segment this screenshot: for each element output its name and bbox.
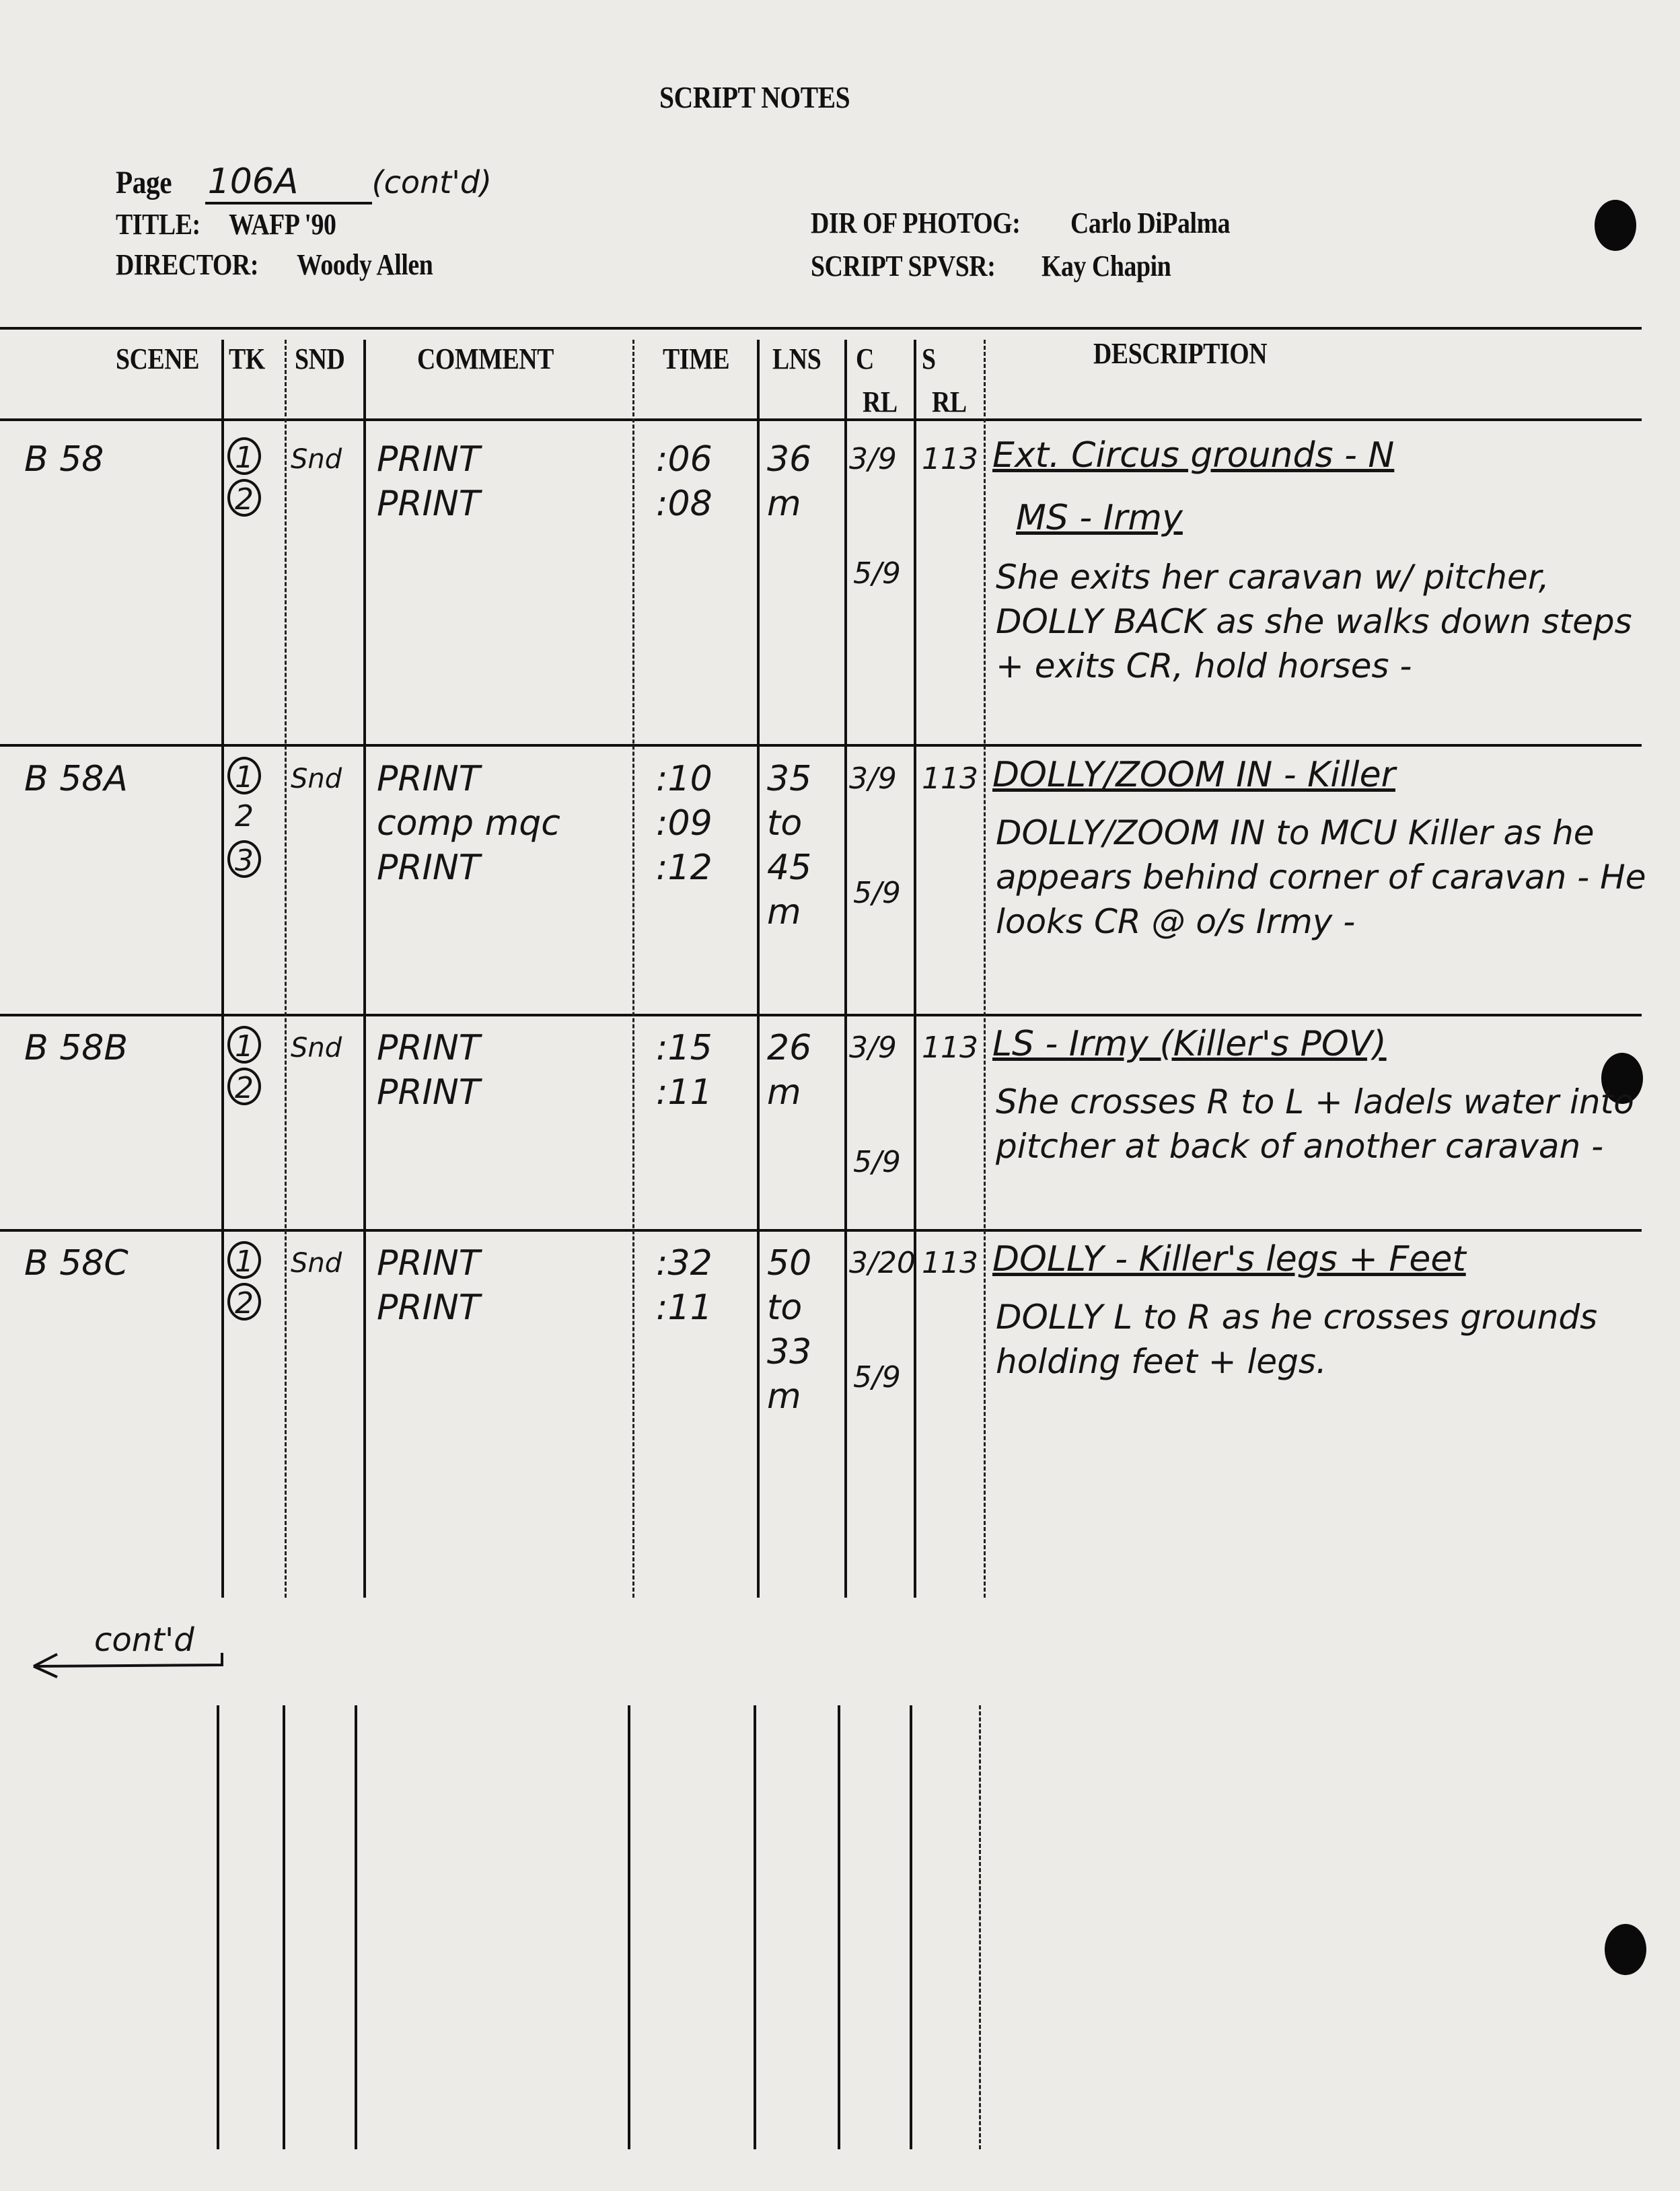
header-right: DIR OF PHOTOG: Carlo DiPalma SCRIPT SPVS… [811, 202, 1256, 288]
dp-label: DIR OF PHOTOG: [811, 202, 1020, 245]
page-suffix: (cont'd) [372, 164, 492, 200]
scene-number: B 58 [24, 437, 104, 482]
take-number-circled: 2 [227, 1283, 261, 1321]
column-rule [217, 1705, 219, 2149]
page-field: Page 106A(cont'd) [116, 161, 492, 205]
description-heading: LS - Irmy (Killer's POV) [992, 1020, 1387, 1068]
comment-list: PRINTPRINT [377, 1241, 480, 1330]
comment-list: PRINTPRINT [377, 437, 480, 526]
lens-value: m [767, 890, 811, 934]
take-comment: PRINT [377, 1026, 480, 1070]
sound-flag: Snd [291, 437, 342, 482]
column-rule [914, 340, 916, 1598]
take-number-circled: 1 [227, 1026, 261, 1064]
table-top-rule [0, 327, 1642, 330]
comment-list: PRINTcomp mqcPRINT [377, 757, 560, 890]
lens-value: m [767, 1070, 811, 1115]
camera-roll: 3/9 [849, 1026, 897, 1070]
description-text: She exits her caravan w/ pitcher, DOLLY … [996, 555, 1655, 688]
take-number-circled: 1 [227, 757, 261, 794]
take-time: :08 [656, 482, 713, 526]
take-comment: PRINT [377, 1070, 480, 1115]
header-left: Page 106A(cont'd) TITLE: WAFP '90 DIRECT… [116, 161, 492, 285]
take-comment: PRINT [377, 437, 480, 482]
time-list: :15:11 [656, 1026, 713, 1115]
column-rule [632, 340, 634, 1598]
take-time: :09 [656, 801, 713, 846]
time-list: :10:09:12 [656, 757, 713, 890]
take-number-circled: 1 [227, 1241, 261, 1279]
director-label: DIRECTOR: [116, 245, 258, 285]
dp-value: Carlo DiPalma [1070, 202, 1230, 245]
col-header-c: C [856, 342, 874, 376]
description-heading: DOLLY - Killer's legs + Feet [992, 1236, 1466, 1283]
row-divider [0, 1014, 1642, 1016]
column-rule [984, 340, 986, 1598]
dp-field: DIR OF PHOTOG: Carlo DiPalma [811, 202, 1256, 245]
camera-roll: 3/20 [849, 1241, 916, 1286]
column-rule [757, 340, 760, 1598]
col-header-description: DESCRIPTION [1093, 336, 1267, 371]
column-rule [910, 1705, 912, 2149]
col-header-scene: SCENE [116, 342, 199, 376]
title-field: TITLE: WAFP '90 [116, 205, 492, 245]
lens-value: 36 [767, 437, 811, 482]
col-header-snd: SND [295, 342, 344, 376]
take-time: :11 [656, 1286, 713, 1330]
camera-roll-2: 5/9 [853, 1356, 901, 1400]
column-rule [754, 1705, 756, 2149]
column-rule [979, 1705, 981, 2149]
take-comment: PRINT [377, 757, 560, 801]
take-list: 12 [227, 437, 261, 521]
camera-roll-2: 5/9 [853, 1140, 901, 1185]
director-value: Woody Allen [297, 245, 433, 285]
sound-flag: Snd [291, 1241, 342, 1286]
description-text: She crosses R to L + ladels water into p… [996, 1080, 1655, 1168]
scene-number: B 58C [24, 1241, 129, 1286]
sound-roll: 113 [922, 1241, 978, 1286]
take-number-circled: 3 [227, 840, 261, 878]
lens-list: 36m [767, 437, 811, 526]
table-header-rule [0, 418, 1642, 421]
take-time: :06 [656, 437, 713, 482]
take-comment: PRINT [377, 1241, 480, 1286]
column-rule [355, 1705, 357, 2149]
director-field: DIRECTOR: Woody Allen [116, 245, 492, 285]
lens-list: 26m [767, 1026, 811, 1115]
take-time: :32 [656, 1241, 713, 1286]
take-comment: PRINT [377, 846, 560, 890]
description-heading: DOLLY/ZOOM IN - Killer [992, 751, 1395, 799]
col-header-lns: LNS [772, 342, 821, 376]
take-comment: comp mqc [377, 801, 560, 846]
lens-list: 50to33m [767, 1241, 811, 1419]
take-time: :12 [656, 846, 713, 890]
lens-value: to [767, 1286, 811, 1330]
time-list: :06:08 [656, 437, 713, 526]
column-rule [844, 340, 847, 1598]
sound-roll: 113 [922, 437, 978, 482]
row-divider [0, 744, 1642, 747]
take-number-circled: 1 [227, 437, 261, 475]
page-value: 106A [205, 161, 372, 205]
col-header-comment: COMMENT [417, 342, 554, 376]
take-comment: PRINT [377, 1286, 480, 1330]
camera-roll-2: 5/9 [853, 871, 901, 916]
title-value: WAFP '90 [229, 205, 336, 245]
arrow-left-icon [27, 1651, 229, 1678]
description-heading: Ext. Circus grounds - N [992, 432, 1394, 479]
column-rule [363, 340, 366, 1598]
page-label: Page [116, 163, 172, 203]
title-label: TITLE: [116, 205, 200, 245]
binder-hole-icon [1605, 1924, 1646, 1975]
take-time: :15 [656, 1026, 713, 1070]
comment-list: PRINTPRINT [377, 1026, 480, 1115]
binder-hole-icon [1595, 200, 1636, 251]
lens-value: 35 [767, 757, 811, 801]
scene-number: B 58A [24, 757, 128, 801]
camera-roll: 3/9 [849, 437, 897, 482]
take-number-circled: 2 [227, 479, 261, 517]
lens-value: 45 [767, 846, 811, 890]
column-rule [838, 1705, 840, 2149]
lens-value: 26 [767, 1026, 811, 1070]
sound-flag: Snd [291, 757, 342, 801]
take-time: :10 [656, 757, 713, 801]
supervisor-field: SCRIPT SPVSR: Kay Chapin [811, 245, 1256, 288]
time-list: :32:11 [656, 1241, 713, 1330]
col-header-s-rl: RL [932, 385, 967, 419]
column-rule [221, 340, 224, 1598]
lens-list: 35to45m [767, 757, 811, 934]
sound-roll: 113 [922, 1026, 978, 1070]
supervisor-value: Kay Chapin [1042, 245, 1171, 288]
take-list: 12 [227, 1026, 261, 1109]
column-rule [628, 1705, 630, 2149]
description-subheading: MS - Irmy [1016, 494, 1183, 542]
col-header-s: S [922, 342, 936, 376]
sound-flag: Snd [291, 1026, 342, 1070]
lens-value: m [767, 1374, 811, 1419]
supervisor-label: SCRIPT SPVSR: [811, 245, 995, 288]
take-number-circled: 2 [227, 1068, 261, 1105]
column-rule [283, 1705, 285, 2149]
lens-value: 50 [767, 1241, 811, 1286]
col-header-c-rl: RL [863, 385, 898, 419]
lens-value: to [767, 801, 811, 846]
description-text: DOLLY L to R as he crosses grounds holdi… [996, 1295, 1655, 1384]
lens-value: m [767, 482, 811, 526]
take-time: :11 [656, 1070, 713, 1115]
take-list: 12 [227, 1241, 261, 1325]
take-comment: PRINT [377, 482, 480, 526]
column-rule [285, 340, 287, 1598]
take-list: 123 [227, 757, 261, 882]
row-divider [0, 1229, 1642, 1232]
document-title: SCRIPT NOTES [659, 79, 850, 115]
description-text: DOLLY/ZOOM IN to MCU Killer as he appear… [996, 811, 1655, 944]
camera-roll-2: 5/9 [853, 552, 901, 596]
take-number: 2 [227, 799, 261, 836]
col-header-tk: TK [229, 342, 265, 376]
lens-value: 33 [767, 1330, 811, 1374]
col-header-time: TIME [663, 342, 729, 376]
camera-roll: 3/9 [849, 757, 897, 801]
scene-number: B 58B [24, 1026, 128, 1070]
sound-roll: 113 [922, 757, 978, 801]
